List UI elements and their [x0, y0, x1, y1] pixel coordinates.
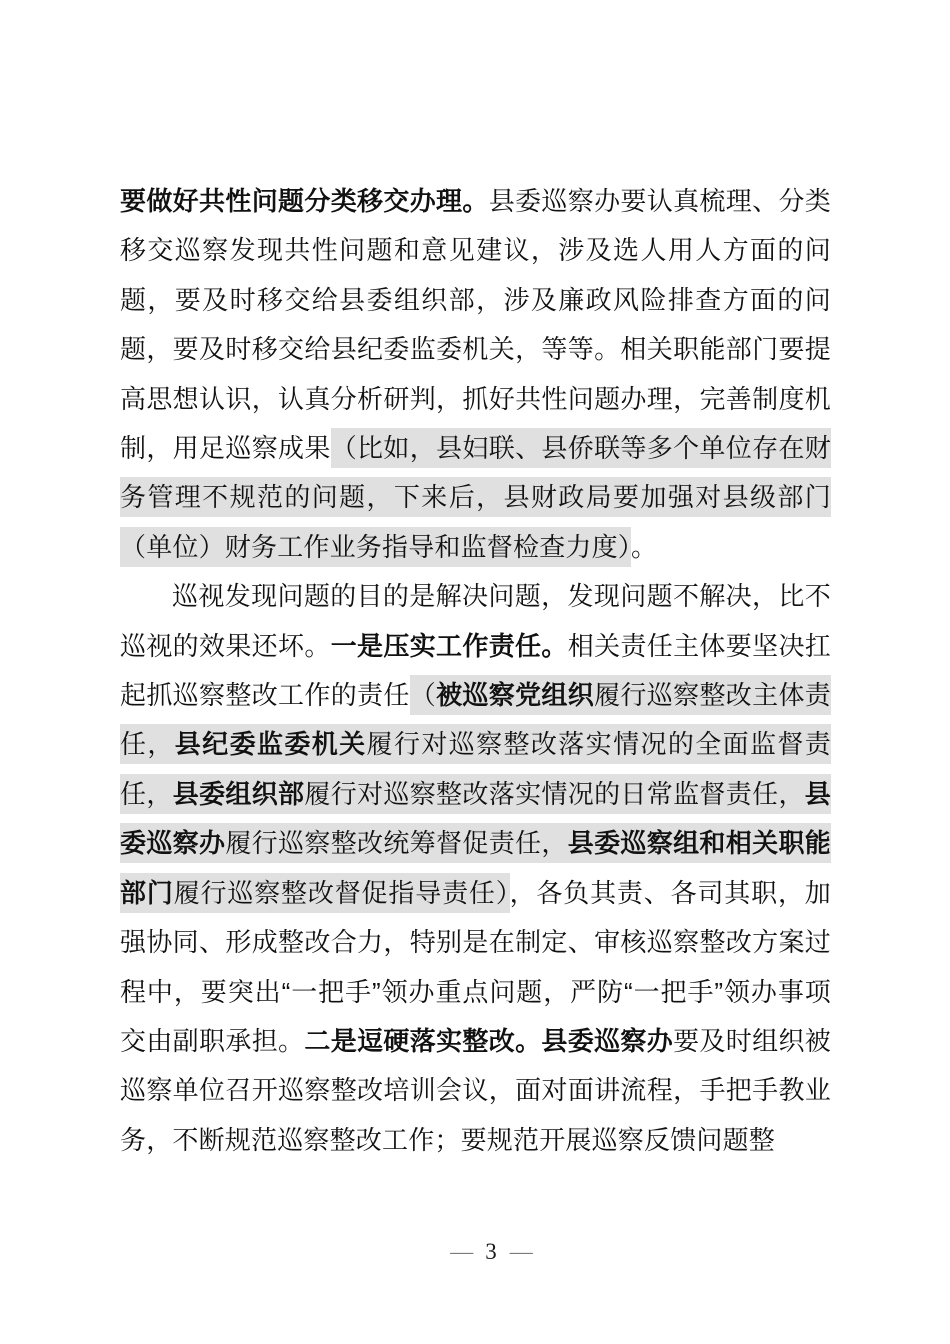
- text-segment: 县委巡察办要认真梳理、分类移交巡察发现共性问题和意见建议，涉及选人用人方面的问题…: [120, 186, 831, 463]
- text-segment: 一是压实工作责任。: [331, 631, 568, 661]
- page-footer: —3—: [32, 1238, 950, 1266]
- highlighted-text-segment: 履行对巡察整改落实情况的日常监督责任，: [304, 774, 804, 814]
- document-page: 要做好共性问题分类移交办理。县委巡察办要认真梳理、分类移交巡察发现共性问题和意见…: [0, 0, 950, 1344]
- footer-dash-right: —: [510, 1239, 532, 1264]
- highlighted-text-segment: 履行巡察整改统筹督促责任，: [225, 823, 567, 863]
- highlighted-text-segment: 县纪委监委机关: [175, 724, 367, 764]
- highlighted-text-segment: （: [410, 675, 436, 715]
- text-segment: 。: [631, 532, 657, 562]
- paragraph: 要做好共性问题分类移交办理。县委巡察办要认真梳理、分类移交巡察发现共性问题和意见…: [120, 177, 831, 572]
- highlighted-text-segment: 被巡察党组织: [436, 675, 594, 715]
- page-number: 3: [485, 1239, 497, 1264]
- highlighted-text-segment: 县委组织部: [173, 774, 305, 814]
- text-segment: 要做好共性问题分类移交办理。: [120, 186, 489, 216]
- highlighted-text-segment: 履行巡察整改督促指导责任）: [174, 873, 510, 913]
- footer-dash-left: —: [450, 1239, 472, 1264]
- text-segment: 二是逗硬落实整改。县委巡察办: [304, 1026, 673, 1056]
- paragraph: 巡视发现问题的目的是解决问题，发现问题不解决，比不巡视的效果还坏。一是压实工作责…: [120, 572, 831, 1165]
- document-body: 要做好共性问题分类移交办理。县委巡察办要认真梳理、分类移交巡察发现共性问题和意见…: [120, 177, 831, 1165]
